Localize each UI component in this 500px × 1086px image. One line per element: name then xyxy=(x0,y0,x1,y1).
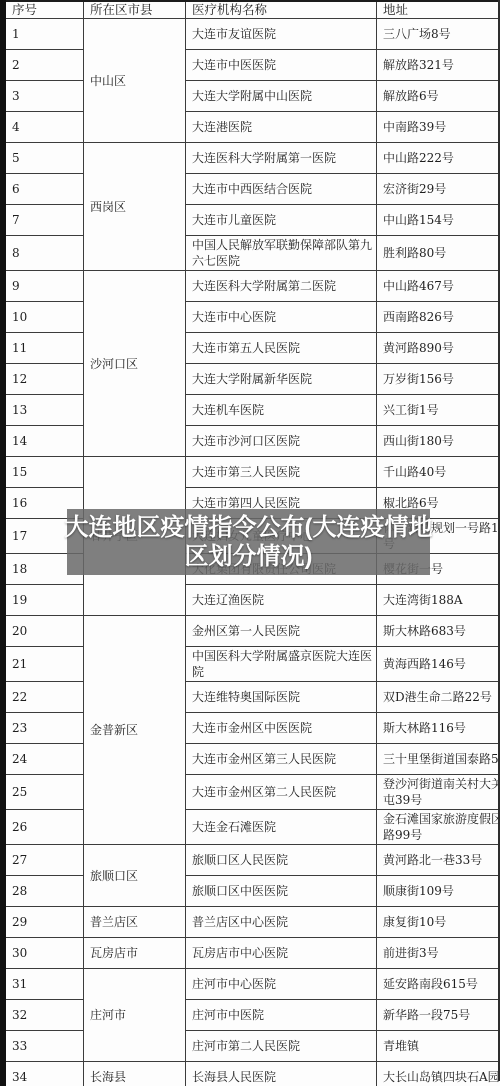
hospital-name-cell: 庄河市第二人民医院 xyxy=(186,1031,377,1062)
district-cell: 西岗区 xyxy=(84,143,186,271)
row-number-cell: 1 xyxy=(6,19,84,50)
watermark-title: 大连地区疫情指令公布(大连疫情地 区划分情况) xyxy=(67,509,430,575)
district-cell: 沙河口区 xyxy=(84,271,186,457)
address-cell: 青堆镇 xyxy=(377,1031,500,1062)
address-cell: 万岁街156号 xyxy=(377,364,500,395)
table-row: 3大连大学附属中山医院解放路6号 xyxy=(6,81,500,112)
hospital-name-cell: 旅顺口区人民医院 xyxy=(186,845,377,876)
table-row: 29普兰店区普兰店区中心医院康复街10号 xyxy=(6,907,500,938)
row-number-cell: 32 xyxy=(6,1000,84,1031)
address-cell: 西南路826号 xyxy=(377,302,500,333)
hospital-name-cell: 大连医科大学附属第二医院 xyxy=(186,271,377,302)
address-cell: 黄河路890号 xyxy=(377,333,500,364)
header-district: 所在区市县 xyxy=(84,1,186,19)
left-border-strip xyxy=(0,0,6,1086)
hospital-name-cell: 大连辽渔医院 xyxy=(186,585,377,616)
hospital-name-cell: 大连市第三人民医院 xyxy=(186,457,377,488)
table-row: 34长海县长海县人民医院大长山岛镇四块石A园22号 xyxy=(6,1062,500,1086)
address-cell: 黄海西路146号 xyxy=(377,647,500,682)
hospital-name-cell: 大连港医院 xyxy=(186,112,377,143)
hospital-name-cell: 大连市友谊医院 xyxy=(186,19,377,50)
row-number-cell: 11 xyxy=(6,333,84,364)
table-row: 23大连市金州区中医医院斯大林路116号 xyxy=(6,713,500,744)
hospital-name-cell: 大连市中西医结合医院 xyxy=(186,174,377,205)
hospital-name-cell: 大连市金州区第三人民医院 xyxy=(186,744,377,775)
hospital-name-cell: 大连市儿童医院 xyxy=(186,205,377,236)
row-number-cell: 8 xyxy=(6,236,84,271)
hospital-name-cell: 大连金石滩医院 xyxy=(186,810,377,845)
table-row: 10大连市中心医院西南路826号 xyxy=(6,302,500,333)
address-cell: 登沙河街道南关村大关家沟屯39号 xyxy=(377,775,500,810)
table-row: 30瓦房店市瓦房店市中心医院前进街3号 xyxy=(6,938,500,969)
hospital-name-cell: 大连大学附属中山医院 xyxy=(186,81,377,112)
address-cell: 顺康街109号 xyxy=(377,876,500,907)
table-row: 24大连市金州区第三人民医院三十里堡街道国泰路526号 xyxy=(6,744,500,775)
hospital-name-cell: 金州区第一人民医院 xyxy=(186,616,377,647)
table-row: 11大连市第五人民医院黄河路890号 xyxy=(6,333,500,364)
table-row: 15甘井子区大连市第三人民医院千山路40号 xyxy=(6,457,500,488)
district-cell: 旅顺口区 xyxy=(84,845,186,907)
row-number-cell: 6 xyxy=(6,174,84,205)
row-number-cell: 24 xyxy=(6,744,84,775)
table-row: 14大连市沙河口区医院西山街180号 xyxy=(6,426,500,457)
hospital-name-cell: 长海县人民医院 xyxy=(186,1062,377,1086)
address-cell: 兴工街1号 xyxy=(377,395,500,426)
row-number-cell: 5 xyxy=(6,143,84,174)
district-cell: 长海县 xyxy=(84,1062,186,1086)
row-number-cell: 22 xyxy=(6,682,84,713)
row-number-cell: 14 xyxy=(6,426,84,457)
address-cell: 斯大林路116号 xyxy=(377,713,500,744)
address-cell: 宏济街29号 xyxy=(377,174,500,205)
address-cell: 前进街3号 xyxy=(377,938,500,969)
table-row: 31庄河市庄河市中心医院延安路南段615号 xyxy=(6,969,500,1000)
hospital-name-cell: 大连医科大学附属第一医院 xyxy=(186,143,377,174)
hospital-name-cell: 大连大学附属新华医院 xyxy=(186,364,377,395)
row-number-cell: 15 xyxy=(6,457,84,488)
hospital-name-cell: 大连维特奥国际医院 xyxy=(186,682,377,713)
row-number-cell: 10 xyxy=(6,302,84,333)
table-row: 1中山区大连市友谊医院三八广场8号 xyxy=(6,19,500,50)
row-number-cell: 26 xyxy=(6,810,84,845)
header-serial-number: 序号 xyxy=(6,1,84,19)
table-row: 12大连大学附属新华医院万岁街156号 xyxy=(6,364,500,395)
row-number-cell: 33 xyxy=(6,1031,84,1062)
hospital-name-cell: 大连市中心医院 xyxy=(186,302,377,333)
address-cell: 新华路一段75号 xyxy=(377,1000,500,1031)
address-cell: 斯大林路683号 xyxy=(377,616,500,647)
table-row: 33庄河市第二人民医院青堆镇 xyxy=(6,1031,500,1062)
address-cell: 中山路222号 xyxy=(377,143,500,174)
table-row: 7大连市儿童医院中山路154号 xyxy=(6,205,500,236)
row-number-cell: 21 xyxy=(6,647,84,682)
district-cell: 普兰店区 xyxy=(84,907,186,938)
hospital-name-cell: 庄河市中心医院 xyxy=(186,969,377,1000)
row-number-cell: 20 xyxy=(6,616,84,647)
hospital-name-cell: 大连市沙河口区医院 xyxy=(186,426,377,457)
hospital-name-cell: 中国医科大学附属盛京医院大连医院 xyxy=(186,647,377,682)
address-cell: 金石滩国家旅游度假区青石路99号 xyxy=(377,810,500,845)
district-cell: 中山区 xyxy=(84,19,186,143)
address-cell: 三八广场8号 xyxy=(377,19,500,50)
row-number-cell: 19 xyxy=(6,585,84,616)
row-number-cell: 2 xyxy=(6,50,84,81)
hospital-name-cell: 大连市第五人民医院 xyxy=(186,333,377,364)
table-row: 27旅顺口区旅顺口区人民医院黄河路北一巷33号 xyxy=(6,845,500,876)
table-row: 6大连市中西医结合医院宏济街29号 xyxy=(6,174,500,205)
row-number-cell: 34 xyxy=(6,1062,84,1086)
table-row: 5西岗区大连医科大学附属第一医院中山路222号 xyxy=(6,143,500,174)
hospital-name-cell: 大连市金州区第二人民医院 xyxy=(186,775,377,810)
row-number-cell: 7 xyxy=(6,205,84,236)
address-cell: 中山路467号 xyxy=(377,271,500,302)
watermark-title-line2: 区划分情况) xyxy=(185,542,313,571)
address-cell: 解放路6号 xyxy=(377,81,500,112)
table-row: 2大连市中医医院解放路321号 xyxy=(6,50,500,81)
address-cell: 大连湾街188A xyxy=(377,585,500,616)
address-cell: 中南路39号 xyxy=(377,112,500,143)
hospital-table-head: 序号 所在区市县 医疗机构名称 地址 xyxy=(6,1,500,19)
address-cell: 解放路321号 xyxy=(377,50,500,81)
hospital-name-cell: 普兰店区中心医院 xyxy=(186,907,377,938)
address-cell: 胜利路80号 xyxy=(377,236,500,271)
row-number-cell: 30 xyxy=(6,938,84,969)
hospital-name-cell: 大连市金州区中医医院 xyxy=(186,713,377,744)
table-row: 9沙河口区大连医科大学附属第二医院中山路467号 xyxy=(6,271,500,302)
address-cell: 三十里堡街道国泰路526号 xyxy=(377,744,500,775)
address-cell: 中山路154号 xyxy=(377,205,500,236)
table-row: 26大连金石滩医院金石滩国家旅游度假区青石路99号 xyxy=(6,810,500,845)
table-row: 25大连市金州区第二人民医院登沙河街道南关村大关家沟屯39号 xyxy=(6,775,500,810)
row-number-cell: 3 xyxy=(6,81,84,112)
table-row: 21中国医科大学附属盛京医院大连医院黄海西路146号 xyxy=(6,647,500,682)
district-cell: 庄河市 xyxy=(84,969,186,1062)
hospital-name-cell: 庄河市中医院 xyxy=(186,1000,377,1031)
address-cell: 西山街180号 xyxy=(377,426,500,457)
address-cell: 黄河路北一巷33号 xyxy=(377,845,500,876)
table-row: 8中国人民解放军联勤保障部队第九六七医院胜利路80号 xyxy=(6,236,500,271)
table-row: 13大连机车医院兴工街1号 xyxy=(6,395,500,426)
row-number-cell: 9 xyxy=(6,271,84,302)
header-hospital-name: 医疗机构名称 xyxy=(186,1,377,19)
address-cell: 康复街10号 xyxy=(377,907,500,938)
table-row: 32庄河市中医院新华路一段75号 xyxy=(6,1000,500,1031)
hospital-name-cell: 大连市中医医院 xyxy=(186,50,377,81)
district-cell: 金普新区 xyxy=(84,616,186,845)
address-cell: 千山路40号 xyxy=(377,457,500,488)
row-number-cell: 28 xyxy=(6,876,84,907)
table-row: 28旅顺口区中医医院顺康街109号 xyxy=(6,876,500,907)
row-number-cell: 12 xyxy=(6,364,84,395)
row-number-cell: 23 xyxy=(6,713,84,744)
row-number-cell: 27 xyxy=(6,845,84,876)
district-cell: 瓦房店市 xyxy=(84,938,186,969)
hospital-name-cell: 中国人民解放军联勤保障部队第九六七医院 xyxy=(186,236,377,271)
row-number-cell: 13 xyxy=(6,395,84,426)
row-number-cell: 4 xyxy=(6,112,84,143)
header-row: 序号 所在区市县 医疗机构名称 地址 xyxy=(6,1,500,19)
watermark-title-line1: 大连地区疫情指令公布(大连疫情地 xyxy=(65,513,433,542)
hospital-name-cell: 瓦房店市中心医院 xyxy=(186,938,377,969)
hospital-name-cell: 旅顺口区中医医院 xyxy=(186,876,377,907)
table-row: 22大连维特奥国际医院双D港生命二路22号 xyxy=(6,682,500,713)
row-number-cell: 29 xyxy=(6,907,84,938)
table-row: 20金普新区金州区第一人民医院斯大林路683号 xyxy=(6,616,500,647)
table-row: 19大连辽渔医院大连湾街188A xyxy=(6,585,500,616)
table-row: 4大连港医院中南路39号 xyxy=(6,112,500,143)
row-number-cell: 31 xyxy=(6,969,84,1000)
address-cell: 双D港生命二路22号 xyxy=(377,682,500,713)
screenshot-root: 序号 所在区市县 医疗机构名称 地址 1中山区大连市友谊医院三八广场8号2大连市… xyxy=(0,0,500,1086)
row-number-cell: 25 xyxy=(6,775,84,810)
hospital-name-cell: 大连机车医院 xyxy=(186,395,377,426)
address-cell: 大长山岛镇四块石A园22号 xyxy=(377,1062,500,1086)
header-address: 地址 xyxy=(377,1,500,19)
address-cell: 延安路南段615号 xyxy=(377,969,500,1000)
